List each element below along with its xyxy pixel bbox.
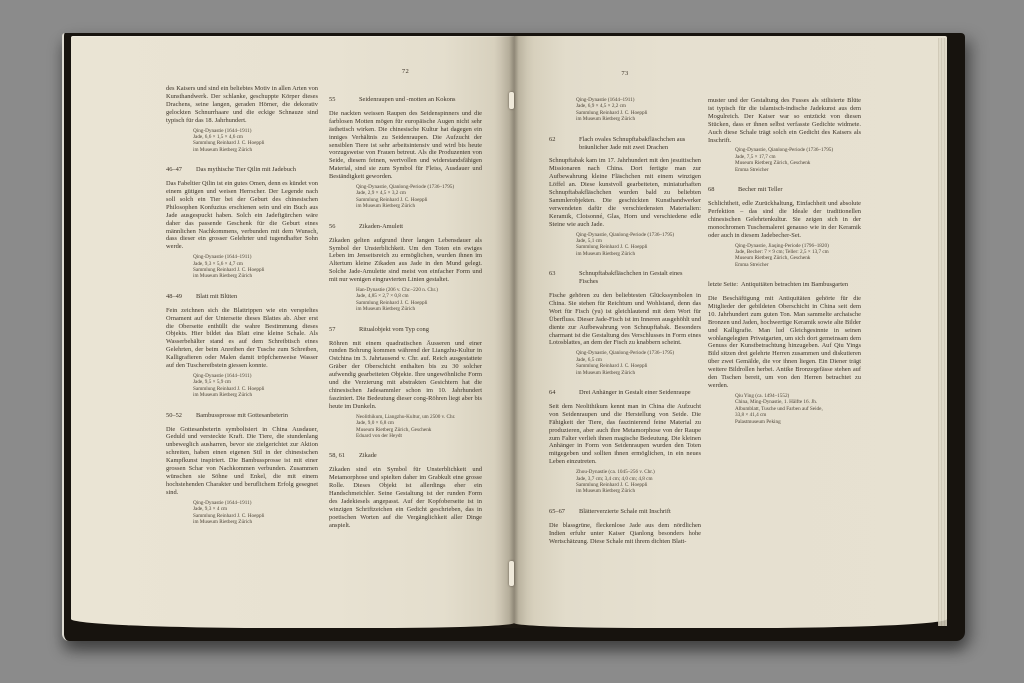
credit-line: im Museum Rietberg Zürich bbox=[193, 519, 318, 525]
page-number-right: 73 bbox=[549, 70, 701, 78]
credit-block: Qing-Dynastie (1644–1911)Jade, 6,9 × 4,5… bbox=[576, 97, 701, 123]
page-number-left: 72 bbox=[329, 68, 482, 76]
credit-line: Emma Streicher bbox=[735, 262, 861, 268]
entry-heading: letzte Seite:Antiquitäten betrachten im … bbox=[708, 281, 861, 289]
entry-title: Flach ovales Schnupftabakfläschchen aus … bbox=[579, 136, 701, 152]
entry-heading: 62Flach ovales Schnupftabakfläschchen au… bbox=[549, 136, 701, 152]
binding-stitch-top bbox=[509, 92, 514, 109]
entry-title: Drei Anhänger in Gestalt einer Seidenrau… bbox=[579, 389, 701, 397]
entry-paragraph: Die blassgrüne, fleckenlose Jade aus dem… bbox=[549, 522, 701, 546]
entry-title: Antiquitäten betrachten im Bambusgarten bbox=[741, 281, 861, 289]
entry-number: letzte Seite: bbox=[708, 281, 741, 289]
entry-paragraph: Zikaden gelten aufgrund ihrer langen Leb… bbox=[329, 237, 482, 284]
entry-title: Das mythische Tier Qilin mit Jadebuch bbox=[196, 166, 318, 174]
page-edge-stack bbox=[938, 38, 947, 626]
entry-number: 46–47 bbox=[166, 166, 196, 174]
entry-number: 62 bbox=[549, 136, 579, 152]
entry-title: Ritualobjekt vom Typ cong bbox=[359, 326, 482, 334]
entry-title: Bambussprosse mit Gottesanbeterin bbox=[196, 412, 318, 420]
entry-paragraph: des Kaisers und sind ein beliebtes Motiv… bbox=[166, 85, 318, 125]
entry-number: 48–49 bbox=[166, 293, 196, 301]
credit-block: Qing-Dynastie, Qianlong-Periode (1736–17… bbox=[356, 184, 482, 210]
credit-block: Qing-Dynastie, Jiaqing-Periode (1796–182… bbox=[735, 243, 861, 269]
text-column-outer-left: des Kaisers und sind ein beliebtes Motiv… bbox=[166, 85, 318, 538]
credit-block: Qing-Dynastie, Qianlong-Periode (1736–17… bbox=[576, 232, 701, 258]
credit-line: im Museum Rietberg Zürich bbox=[356, 203, 482, 209]
entry-heading: 55Seidenraupen und -motten an Kokons bbox=[329, 96, 482, 104]
photo-background: 72 73 des Kaisers und sind ein beliebtes… bbox=[0, 0, 1024, 683]
credit-line: im Museum Rietberg Zürich bbox=[576, 116, 701, 122]
credit-line: im Museum Rietberg Zürich bbox=[193, 392, 318, 398]
entry-paragraph: Die nackten weissen Raupen des Seidenspi… bbox=[329, 110, 482, 181]
entry-number: 58, 61 bbox=[329, 452, 359, 460]
entry-title: Zikade bbox=[359, 452, 482, 460]
entry-paragraph: Röhren mit einem quadratischen Äusseren … bbox=[329, 340, 482, 411]
entry-heading: 56Zikaden-Amulett bbox=[329, 223, 482, 231]
entry-heading: 48–49Blatt mit Blüten bbox=[166, 293, 318, 301]
credit-block: Qing-Dynastie (1644–1911)Jade, 9,3 × 5,6… bbox=[193, 254, 318, 280]
entry-title: Becher mit Teller bbox=[738, 186, 861, 194]
credit-block: Qing-Dynastie (1644–1911)Jade, 9,3 × 4 c… bbox=[193, 500, 318, 526]
credit-block: Qing-Dynastie (1644–1911)Jade, 6,6 × 1,5… bbox=[193, 128, 318, 154]
credit-block: Neolithikum, Liangzhu-Kultur, um 2500 v.… bbox=[356, 414, 482, 440]
entry-title: Schnupftabakfläschchen in Gestalt eines … bbox=[579, 270, 701, 286]
entry-paragraph: Die Gottesanbeterin symbolisiert in Chin… bbox=[166, 426, 318, 497]
text-column-inner-right: Qing-Dynastie (1644–1911)Jade, 6,9 × 4,5… bbox=[549, 97, 701, 548]
entry-heading: 64Drei Anhänger in Gestalt einer Seidenr… bbox=[549, 389, 701, 397]
entry-heading: 63Schnupftabakfläschchen in Gestalt eine… bbox=[549, 270, 701, 286]
entry-number: 65–67 bbox=[549, 508, 579, 516]
entry-number: 68 bbox=[708, 186, 738, 194]
entry-heading: 50–52Bambussprosse mit Gottesanbeterin bbox=[166, 412, 318, 420]
entry-number: 50–52 bbox=[166, 412, 196, 420]
entry-paragraph: Zikaden sind ein Symbol für Unsterblichk… bbox=[329, 466, 482, 529]
binding-stitch-bottom bbox=[509, 561, 514, 586]
credit-block: Han-Dynastie (206 v. Chr.–220 n. Chr.)Ja… bbox=[356, 287, 482, 313]
entry-number: 64 bbox=[549, 389, 579, 397]
entry-number: 63 bbox=[549, 270, 579, 286]
entry-paragraph: Fische gehören zu den beliebtesten Glück… bbox=[549, 292, 701, 347]
entry-title: Zikaden-Amulett bbox=[359, 223, 482, 231]
credit-block: Qiu Ying (ca. 1494–1552)China, Ming-Dyna… bbox=[735, 393, 861, 425]
credit-line: im Museum Rietberg Zürich bbox=[576, 370, 701, 376]
credit-line: Emma Streicher bbox=[735, 167, 861, 173]
credit-line: Palastmuseum Peking bbox=[735, 419, 861, 425]
entry-paragraph: Seit dem Neolithikum kennt man in China … bbox=[549, 403, 701, 466]
entry-title: Seidenraupen und -motten an Kokons bbox=[359, 96, 482, 104]
entry-heading: 65–67Blätterverzierte Schale mit Inschri… bbox=[549, 508, 701, 516]
credit-line: im Museum Rietberg Zürich bbox=[576, 251, 701, 257]
credit-line: im Museum Rietberg Zürich bbox=[576, 488, 701, 494]
entry-paragraph: Schnupftabak kam im 17. Jahrhundert mit … bbox=[549, 157, 701, 228]
credit-line: Eduard von der Heydt bbox=[356, 433, 482, 439]
entry-paragraph: Das Fabeltier Qilin ist ein gutes Omen, … bbox=[166, 180, 318, 251]
credit-block: Qing-Dynastie, Qianlong-Periode (1736–17… bbox=[735, 147, 861, 173]
entry-number: 56 bbox=[329, 223, 359, 231]
credit-line: im Museum Rietberg Zürich bbox=[193, 273, 318, 279]
entry-number: 55 bbox=[329, 96, 359, 104]
entry-heading: 46–47Das mythische Tier Qilin mit Jadebu… bbox=[166, 166, 318, 174]
entry-heading: 58, 61Zikade bbox=[329, 452, 482, 460]
text-column-inner-left: 55Seidenraupen und -motten an KokonsDie … bbox=[329, 96, 482, 533]
entry-paragraph: Schlichtheit, edle Zurückhaltung, Einfac… bbox=[708, 200, 861, 240]
entry-heading: 68Becher mit Teller bbox=[708, 186, 861, 194]
credit-block: Qing-Dynastie (1644–1911)Jade, 9,5 × 5,9… bbox=[193, 373, 318, 399]
credit-block: Qing-Dynastie, Qianlong-Periode (1736–17… bbox=[576, 350, 701, 376]
credit-line: im Museum Rietberg Zürich bbox=[356, 306, 482, 312]
entry-paragraph: muster und der Gestaltung des Fusses als… bbox=[708, 97, 861, 144]
credit-line: im Museum Rietberg Zürich bbox=[193, 147, 318, 153]
entry-number: 57 bbox=[329, 326, 359, 334]
entry-paragraph: Die Beschäftigung mit Antiquitäten gehör… bbox=[708, 295, 861, 390]
entry-title: Blätterverzierte Schale mit Inschrift bbox=[579, 508, 701, 516]
text-column-outer-right: muster und der Gestaltung des Fusses als… bbox=[708, 97, 861, 438]
entry-paragraph: Fein zeichnen sich die Blattrippen wie e… bbox=[166, 307, 318, 370]
entry-heading: 57Ritualobjekt vom Typ cong bbox=[329, 326, 482, 334]
entry-title: Blatt mit Blüten bbox=[196, 293, 318, 301]
credit-block: Zhou-Dynastie (ca. 1045–256 v. Chr.)Jade… bbox=[576, 469, 701, 495]
